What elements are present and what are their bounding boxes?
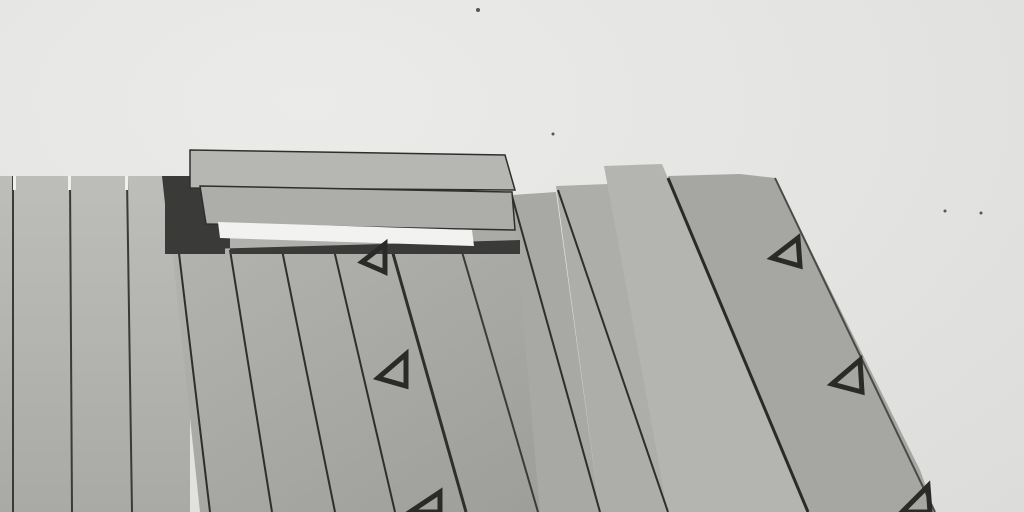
left-deck-planks bbox=[0, 176, 190, 512]
right-planks bbox=[512, 164, 935, 512]
stacked-boards bbox=[162, 150, 520, 254]
wooden-planks-scene bbox=[0, 0, 1024, 512]
photograph: Black-and-white photograph of a weathere… bbox=[0, 0, 1024, 512]
